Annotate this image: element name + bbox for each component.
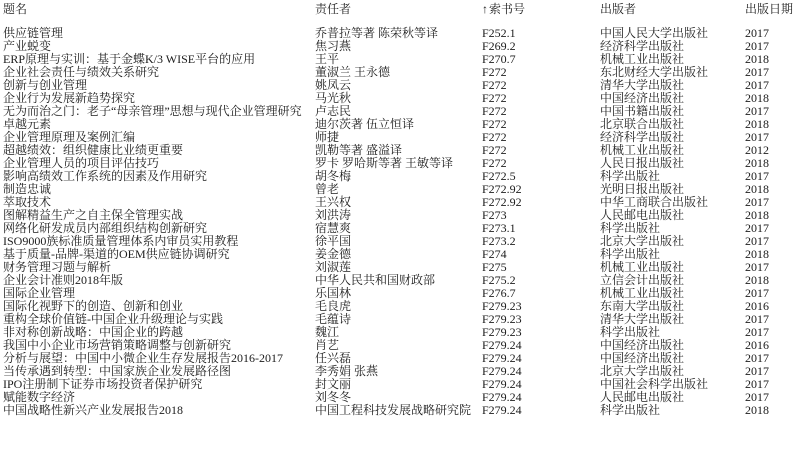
column-header-pub-date[interactable]: 出版日期	[745, 3, 799, 27]
call-number-cell: F279.24	[482, 404, 600, 417]
author-cell: 毛蕴诗	[315, 313, 482, 326]
column-header-call-number-label: 索书号	[489, 2, 525, 16]
column-header-publisher[interactable]: 出版者	[600, 3, 745, 27]
author-cell: 魏江	[315, 326, 482, 339]
author-cell: 焦习燕	[315, 40, 482, 53]
column-header-title-label: 题名	[3, 2, 27, 16]
title-cell[interactable]: 中国战略性新兴产业发展报告2018	[3, 404, 315, 417]
author-cell: 中国工程科技发展战略研究院	[315, 404, 482, 417]
publisher-cell: 科学出版社	[600, 404, 745, 417]
table-row[interactable]: 中国战略性新兴产业发展报告2018中国工程科技发展战略研究院F279.24科学出…	[3, 404, 799, 417]
column-header-call-number[interactable]: ↑索书号	[482, 3, 600, 27]
column-header-title[interactable]: 题名	[3, 3, 315, 27]
column-header-author[interactable]: 责任者	[315, 3, 482, 27]
column-header-author-label: 责任者	[315, 2, 351, 16]
author-cell: 胡冬梅	[315, 170, 482, 183]
header-row: 题名 责任者 ↑索书号 出版者 出版日期	[3, 3, 799, 27]
catalog-results-table: 题名 责任者 ↑索书号 出版者 出版日期 供应链管理乔普拉等著 陈荣秋等译F25…	[3, 3, 799, 417]
sort-ascending-icon: ↑	[482, 2, 488, 16]
author-cell: 迪尔茨著 伍立恒译	[315, 118, 482, 131]
column-header-pub-date-label: 出版日期	[745, 2, 793, 16]
column-header-publisher-label: 出版者	[600, 2, 636, 16]
table-body: 供应链管理乔普拉等著 陈荣秋等译F252.1中国人民大学出版社2017产业蜕变焦…	[3, 27, 799, 417]
pub-date-cell: 2018	[745, 404, 799, 417]
catalog-results-page: 题名 责任者 ↑索书号 出版者 出版日期 供应链管理乔普拉等著 陈荣秋等译F25…	[0, 0, 799, 458]
